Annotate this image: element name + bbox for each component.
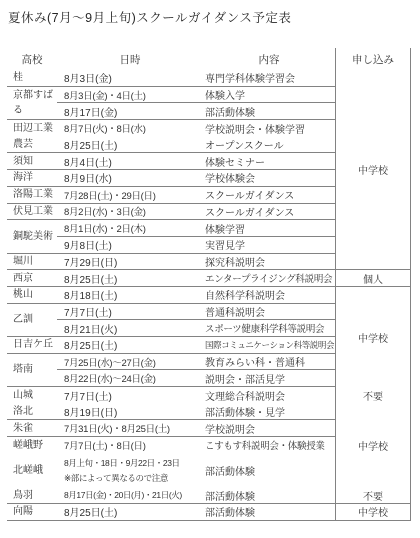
col-header-content: 内容 (203, 48, 335, 70)
date-cell: 7月28日(土)・29日(日) (57, 187, 203, 204)
school-cell: 洛北 (7, 404, 57, 421)
content-cell: 実習見学 (203, 237, 335, 254)
date-cell: 7月29日(日) (57, 254, 203, 271)
apply-cell: 不要 (335, 487, 411, 504)
date-cell: 8月9日(水) (57, 170, 203, 187)
school-cell: 堀川 (7, 254, 57, 271)
apply-cell: 中学校 (335, 287, 411, 387)
apply-cell: 中学校 (335, 437, 411, 454)
date-cell: 8月2日(水)・3日(金) (57, 204, 203, 221)
date-cell: 8月25日(土) (57, 337, 203, 354)
date-cell: 7月31日(火)・8月25日(土) (57, 420, 203, 437)
content-cell: 部活動体験 (203, 504, 335, 521)
date-cell: 8月25日(土) (57, 137, 203, 154)
content-cell: 自然科学科説明会 (203, 287, 335, 304)
date-cell: 7月7日(土)・8日(日) (57, 437, 203, 454)
date-cell: 8月4日(土) (57, 153, 203, 170)
school-cell: 乙訓 (7, 304, 57, 337)
school-cell: 須知 (7, 153, 57, 170)
apply-cell (335, 454, 411, 487)
content-cell: 説明会・部活見学 (203, 370, 335, 387)
date-cell: 9月8日(土) (57, 237, 203, 254)
date-cell: 8月18日(土) (57, 287, 203, 304)
col-header-datetime: 日時 (57, 48, 203, 70)
school-cell: 向陽 (7, 504, 57, 521)
school-cell: 山城 (7, 387, 57, 404)
apply-cell: 個人 (335, 270, 411, 287)
content-cell: 部活動体験 (203, 103, 335, 120)
school-cell: 海洋 (7, 170, 57, 187)
content-cell: 普通科説明会 (203, 304, 335, 321)
content-cell: 教育みらい科・普通科 (203, 354, 335, 371)
date-cell: 8月7日(火)・8日(水) (57, 120, 203, 137)
apply-cell: 中学校 (335, 70, 411, 270)
apply-cell: 不要 (335, 387, 411, 404)
content-cell: 学校説明会 (203, 420, 335, 437)
apply-cell (335, 404, 411, 421)
date-note: ※部によって異なるので注意 (64, 471, 168, 486)
date-cell: 8月25日(土) (57, 270, 203, 287)
school-cell: 洛陽工業 (7, 187, 57, 204)
content-cell: 学校体験会 (203, 170, 335, 187)
content-cell: 部活動体験・見学 (203, 404, 335, 421)
content-cell: 学校説明会・体験学習 (203, 120, 335, 137)
date-cell: 8月19日(日) (57, 404, 203, 421)
content-cell: 体験入学 (203, 87, 335, 104)
date-cell: 8月17日(金) (57, 103, 203, 120)
date-cell: 8月上旬・18日・9月22日・23日※部によって異なるので注意 (57, 454, 203, 487)
content-cell: 部活動体験 (203, 487, 335, 504)
school-cell: 伏見工業 (7, 204, 57, 221)
school-cell: 京都すばる (7, 87, 57, 120)
school-cell: 日吉ケ丘 (7, 337, 57, 354)
school-cell: 鳥羽 (7, 487, 57, 504)
col-header-apply: 申し込み (335, 48, 411, 70)
page-title: 夏休み(7月～9月上旬)スクールガイダンス予定表 (8, 8, 291, 26)
date-cell: 7月25日(水)～27日(金) (57, 354, 203, 371)
page: { "title": "夏休み(7月～9月上旬)スクールガイダンス予定表", "… (0, 0, 420, 538)
date-cell: 8月22日(水)～24日(金) (57, 370, 203, 387)
content-cell: スポーツ健康科学科等説明会 (203, 320, 335, 337)
content-cell: スクールガイダンス (203, 187, 335, 204)
col-header-school: 高校 (7, 48, 57, 70)
date-cell: 8月3日(金) (57, 70, 203, 87)
school-cell: 田辺工業 (7, 120, 57, 137)
school-cell: 銅駝美術 (7, 220, 57, 253)
apply-cell: 中学校 (335, 504, 411, 521)
content-cell: こすもす科説明会・体験授業 (203, 437, 335, 454)
school-cell: 桂 (7, 70, 57, 87)
schedule-table: 高校 日時 内容 申し込み 桂8月3日(金)専門学科体験学習会京都すばる8月3日… (7, 48, 411, 521)
content-cell: 国際コミュニケーション科等説明会 (203, 337, 335, 354)
date-cell: 8月1日(水)・2日(木) (57, 220, 203, 237)
content-cell: 探究科説明会 (203, 254, 335, 271)
school-cell: 嵯峨野 (7, 437, 57, 454)
school-cell: 西京 (7, 270, 57, 287)
school-cell: 北嵯峨 (7, 454, 57, 487)
date-cell: 7月7日(土) (57, 304, 203, 321)
school-cell: 塔南 (7, 354, 57, 387)
school-cell: 桃山 (7, 287, 57, 304)
apply-cell (335, 420, 411, 437)
date-cell: 8月25日(土) (57, 504, 203, 521)
date-cell: 7月7日(土) (57, 387, 203, 404)
content-cell: 専門学科体験学習会 (203, 70, 335, 87)
school-cell: 農芸 (7, 137, 57, 154)
date-cell: 8月17日(金)・20日(月)・21日(火) (57, 487, 203, 504)
content-cell: 体験セミナー (203, 153, 335, 170)
date-cell: 8月21日(火) (57, 320, 203, 337)
school-cell: 朱雀 (7, 420, 57, 437)
date-cell: 8月3日(金)・4日(土) (57, 87, 203, 104)
content-cell: オープンスクール (203, 137, 335, 154)
content-cell: 体験学習 (203, 220, 335, 237)
content-cell: スクールガイダンス (203, 204, 335, 221)
content-cell: 文理総合科説明会 (203, 387, 335, 404)
date-text: 8月上旬・18日・9月22日・23日 (64, 456, 180, 471)
content-cell: 部活動体験 (203, 454, 335, 487)
content-cell: エンタープライジング科説明会 (203, 270, 335, 287)
